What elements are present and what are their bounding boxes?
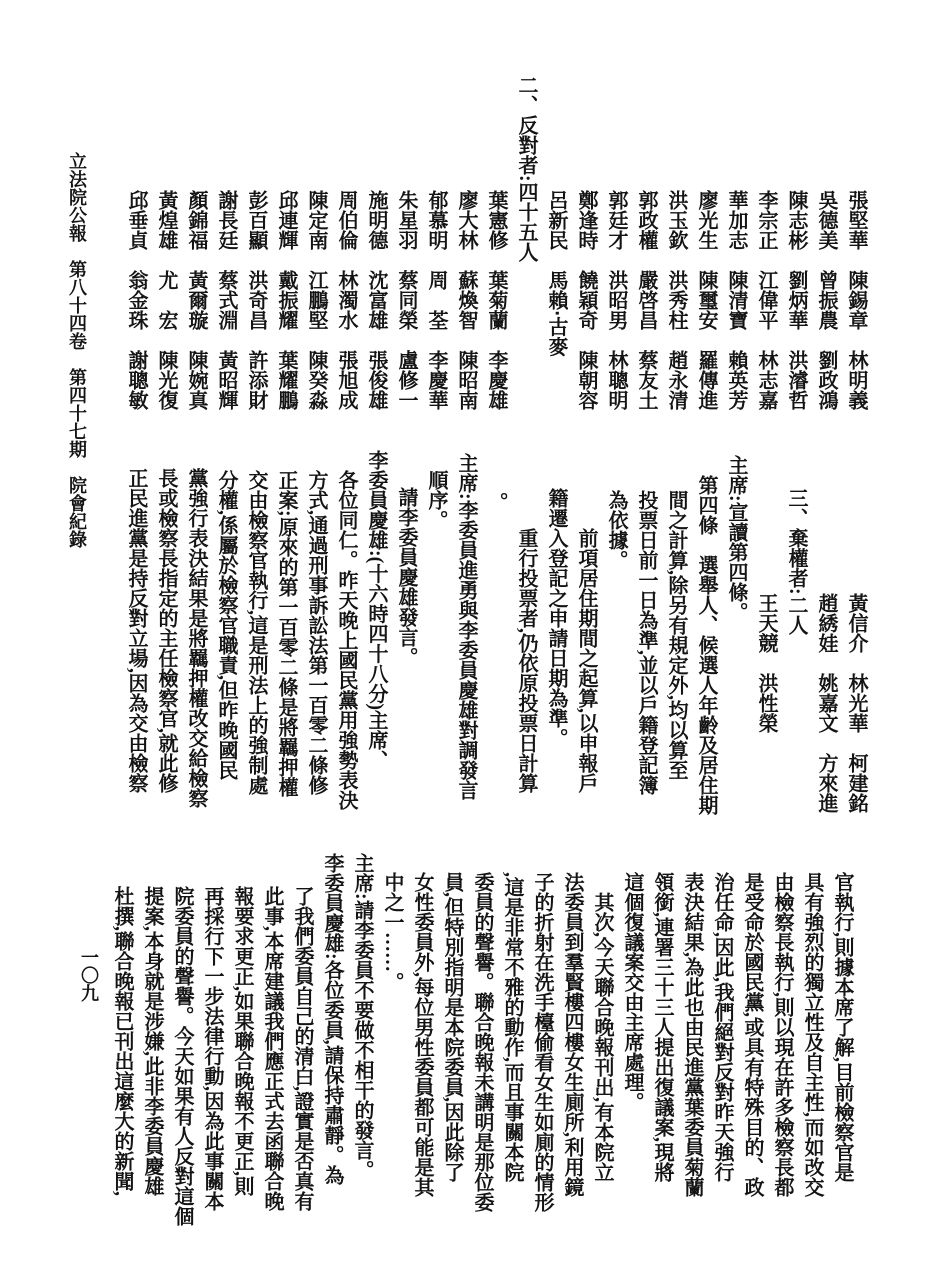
li-speech-text-column: 再採行下一步法律行動,因為此事關本 [197,886,227,1211]
chair-speaker-label: 主席: [455,453,477,500]
li-speech-text-column: 長或檢察長指定的主任檢察官,就此修 [151,468,181,793]
volume-issue-label: 立法院公報 第八十四卷 第四十七期 院會紀錄 [64,152,90,548]
chair-warning-text: 請李委員不要做不相干的發言。 [351,900,373,1180]
li-speech-text-column: 提案,本身就是涉嫌,此非李委員慶雄 [137,886,167,1196]
article4-text-column: 第四條 選舉人、候選人年齡及居住期 [691,475,721,815]
li-speech-text-column: 領銜,連署三十三人提出復議案,現將 [647,872,677,1182]
chair-warning-line: 主席:請李委員不要做不相干的發言。 [347,853,377,1180]
li-speech-text-column: 杜撰,聯合晚報已刊出這麼大的新聞, [107,886,137,1196]
no-name-column: 顏錦福 黃爾璇 陳婉真 [181,190,211,410]
li-speaker-label: 李委員慶雄: [365,450,387,557]
li-speech-text-column: 治任命,因此,我們絕對反對昨天強行 [707,872,737,1182]
li-speech-text-column: 正民進黨是持反對立場,因為交由檢察 [121,468,151,793]
li-speech-text-column: 此事,本席建議我們應正式去函聯合晚 [257,886,287,1211]
li-speech-opening-line: 李委員慶雄:(十六時四十八分)主席、 [361,450,391,770]
no-name-column: 施明德 沈富雄 張俊雄 [361,190,391,410]
gazette-scan-page: 立法院公報 第八十四卷 第四十七期 院會紀錄 一〇九 張堅華 陳錫章 林明義 吳… [0,0,944,1280]
no-name-column: 陳定南 江鵬堅 陳癸淼 [301,190,331,410]
li-speech-text-column: 委員的聲譽。聯合晚報未講明是那位委 [467,872,497,1212]
li-speech-text-column: 正案;原來的第一百零二條是將羈押權 [271,470,301,797]
li-speech-text-column: 方式,通過刑事訴訟法第一百零二條修 [301,470,331,795]
article4-text-column: 投票日前一日為準,並以戶籍登記簿 [631,490,661,795]
yes-name-column: 陳志彬 劉炳華 洪濬哲 [781,190,811,410]
opponents-header: 二、反對者:四十五人 [511,75,541,262]
li-speech-text-column: 報要求更正,如果聯合晚報不更正,則 [227,886,257,1196]
chair-swap-line: 主席:李委員進勇與李委員慶雄對調發言 [451,453,481,800]
li-speech-text-column: 員,但特別指明是本院委員,因此除了 [437,872,467,1182]
li-speech-text-column: 交由檢察官執行,這是刑法上的強制處 [241,470,271,795]
article4-text-column: 為依據。 [601,490,631,570]
chair-speaker-label: 主席: [351,853,373,900]
li-speech-text-column: 各位同仁。昨天晚上國民黨用強勢表決 [331,470,361,810]
yes-name-column: 廖光生 陳璽安 羅傳進 [691,190,721,410]
no-name-column: 趙綉娃 姚嘉文 方來進 [811,593,841,813]
no-name-column: 邱垂貞 翁金珠 謝聰敏 [121,190,151,410]
li-speech-text-column: 是受命於國民黨,或具有特殊目的、政 [737,872,767,1197]
li-speaker-label: 李委員慶雄: [321,853,343,960]
li-speech-text-column: 這個復議案交由主席處理。 [617,872,647,1112]
li-speech-time-text: (十六時四十八分)主席、 [365,557,387,770]
no-name-column: 謝長廷 蔡式淵 黃昭輝 [211,190,241,410]
li-speech-text-column: 女性委員外,每位男性委員都可能是其 [407,872,437,1197]
chair-swap-text: 李委員進勇與李委員慶雄對調發言 [455,500,477,800]
no-name-column: 郁慕明 周 荃 李慶華 [421,190,451,410]
no-name-column: 葉憲修 葉菊蘭 李慶雄 [481,190,511,410]
li-speech-text-column: 分權,係屬於檢察官職責,但昨晚國民 [211,470,241,780]
yes-name-column: 鄭逢時 饒穎奇 陳朝容 [571,190,601,410]
chair-read-article-line: 主席:宣讀第四條。 [721,455,751,622]
yes-name-column: 吳德美 曾振農 劉政鴻 [811,190,841,410]
no-name-column: 彭百顯 洪奇昌 許添財 [241,190,271,410]
li-speech-text-column: 院委員的聲譽。今天如果有人反對這個 [167,886,197,1226]
li-speech-text-column: 具有強烈的獨立性及自主性,而如改交 [797,872,827,1197]
page-number: 一〇九 [76,948,102,1002]
article4-text-column: 前項居住期間之起算,以申報戶 [571,528,601,793]
yes-name-column: 郭政權 嚴啓昌 蔡友土 [631,190,661,410]
no-name-column: 黃煌雄 尤 宏 陳光復 [151,190,181,410]
no-name-column: 黃信介 林光華 柯建銘 [841,593,871,813]
yes-name-column: 郭廷才 洪昭男 林聰明 [601,190,631,410]
article4-text-column: 。 [481,492,511,512]
no-name-column: 廖大林 蘇煥智 陳昭南 [451,190,481,410]
li-speech-text-column: 官執行,則據本席了解,目前檢察官是 [827,872,857,1182]
yes-name-column: 呂新民 馬賴‧古麥 [541,190,571,356]
li-second-speech-text: 各位委員,請保持肅靜。為 [321,960,343,1185]
li-speech-text-column: ,這是非常不雅的動作,而且事關本院 [497,872,527,1182]
chair-swap-text-column: 順序。 [421,470,451,530]
chair-read-text: 宣讀第四條。 [725,502,747,622]
yes-name-column: 洪玉欽 洪秀柱 趙永清 [661,190,691,410]
article4-text-column: 籍遷入登記之申請日期為準。 [541,488,571,748]
article4-text-column: 重行投票者,仍依原投票日計算 [511,528,541,793]
abstain-name-column: 王天競 洪性榮 [751,593,781,733]
li-speech-text-column: 表決結果,為此也由民進黨葉委員菊蘭 [677,872,707,1197]
no-name-column: 邱連輝 戴振耀 葉耀鵬 [271,190,301,410]
li-speech-text-column: 由檢察長執行,則以現在許多檢察長都 [767,872,797,1197]
no-name-column: 周伯倫 林濁水 張旭成 [331,190,361,410]
li-speech-text-column: 子的折射在洗手檯偷看女生如廁的情形 [527,872,557,1212]
chair-swap-text-column: 請李委員慶雄發言。 [391,487,421,667]
li-speech-text-column: 中之一……。 [377,872,407,992]
chair-speaker-label: 主席: [725,455,747,502]
yes-name-column: 李宗正 江偉平 林志嘉 [751,190,781,410]
li-second-speech-line: 李委員慶雄:各位委員,請保持肅靜。為 [317,853,347,1185]
no-name-column: 朱星羽 蔡同榮 盧修一 [391,190,421,410]
yes-name-column: 張堅華 陳錫章 林明義 [841,190,871,410]
article4-text-column: 間之計算,除另有規定外,均以算至 [661,490,691,780]
li-speech-text-column: 法委員到羣賢樓四樓女生廁所,利用鏡 [557,872,587,1197]
yes-name-column: 華加志 陳清寶 賴英芳 [721,190,751,410]
li-speech-text-column: 了我們委員自己的清白,證實是否真有 [287,886,317,1211]
li-speech-text-column: 黨強行表決結果是將羈押權改交給檢察 [181,468,211,808]
li-speech-text-column: 其次,今天聯合晚報刊出,有本院立 [587,892,617,1182]
abstain-header: 三、棄權者:二人 [781,488,811,635]
